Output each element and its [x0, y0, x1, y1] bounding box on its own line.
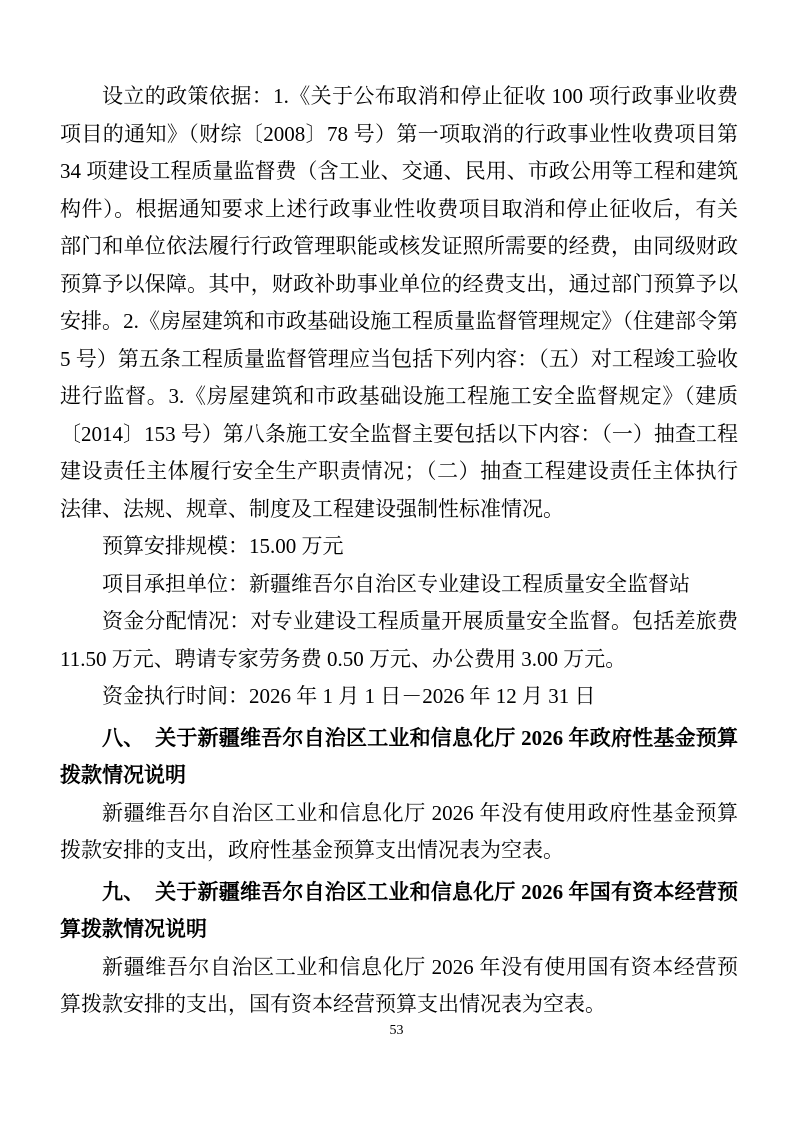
- document-content: 设立的政策依据：1.《关于公布取消和停止征收 100 项行政事业收费项目的通知》…: [60, 78, 738, 1024]
- paragraph-undertaking-unit: 项目承担单位：新疆维吾尔自治区专业建设工程质量安全监督站: [60, 566, 738, 604]
- section-heading-9-state-capital-budget: 九、 关于新疆维吾尔自治区工业和信息化厅 2026 年国有资本经营预算拨款情况说…: [60, 874, 738, 949]
- paragraph-budget-scale: 预算安排规模：15.00 万元: [60, 528, 738, 566]
- paragraph-fund-execution-time: 资金执行时间：2026 年 1 月 1 日－2026 年 12 月 31 日: [60, 678, 738, 716]
- paragraph-policy-basis: 设立的政策依据：1.《关于公布取消和停止征收 100 项行政事业收费项目的通知》…: [60, 78, 738, 528]
- page-number: 53: [0, 1021, 793, 1041]
- paragraph-section8-body: 新疆维吾尔自治区工业和信息化厅 2026 年没有使用政府性基金预算拨款安排的支出…: [60, 795, 738, 870]
- section-heading-8-government-fund-budget: 八、 关于新疆维吾尔自治区工业和信息化厅 2026 年政府性基金预算拨款情况说明: [60, 720, 738, 795]
- paragraph-fund-allocation: 资金分配情况：对专业建设工程质量开展质量安全监督。包括差旅费 11.50 万元、…: [60, 603, 738, 678]
- paragraph-section9-body: 新疆维吾尔自治区工业和信息化厅 2026 年没有使用国有资本经营预算拨款安排的支…: [60, 949, 738, 1024]
- document-page: 设立的政策依据：1.《关于公布取消和停止征收 100 项行政事业收费项目的通知》…: [0, 0, 793, 1122]
